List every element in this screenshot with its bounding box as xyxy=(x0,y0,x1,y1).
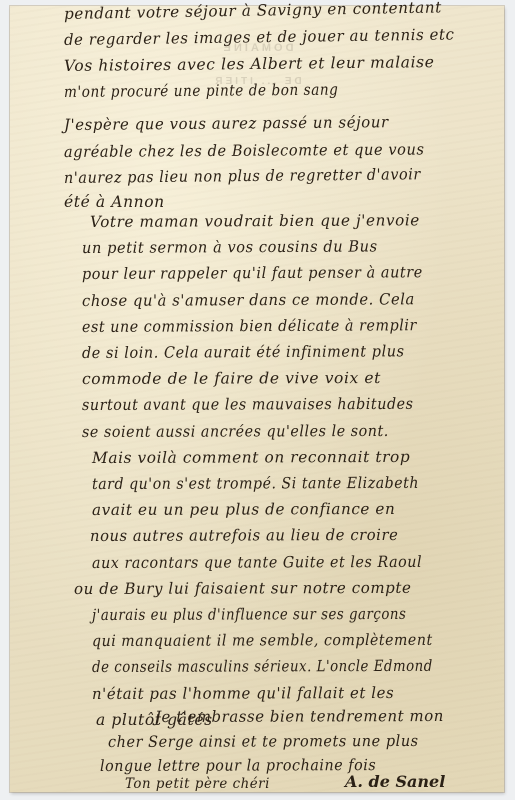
closing-line: Ton petit père chéri xyxy=(125,776,270,792)
closing-line: Je t'embrasse bien tendrement mon xyxy=(155,707,444,726)
letter-closing-block: Je t'embrasse bien tendrement mon cher S… xyxy=(0,0,515,800)
closing-line: longue lettre pour la prochaine fois xyxy=(100,756,376,775)
signature: A. de Sanel xyxy=(345,772,445,791)
closing-line: cher Serge ainsi et te promets une plus xyxy=(108,732,419,751)
